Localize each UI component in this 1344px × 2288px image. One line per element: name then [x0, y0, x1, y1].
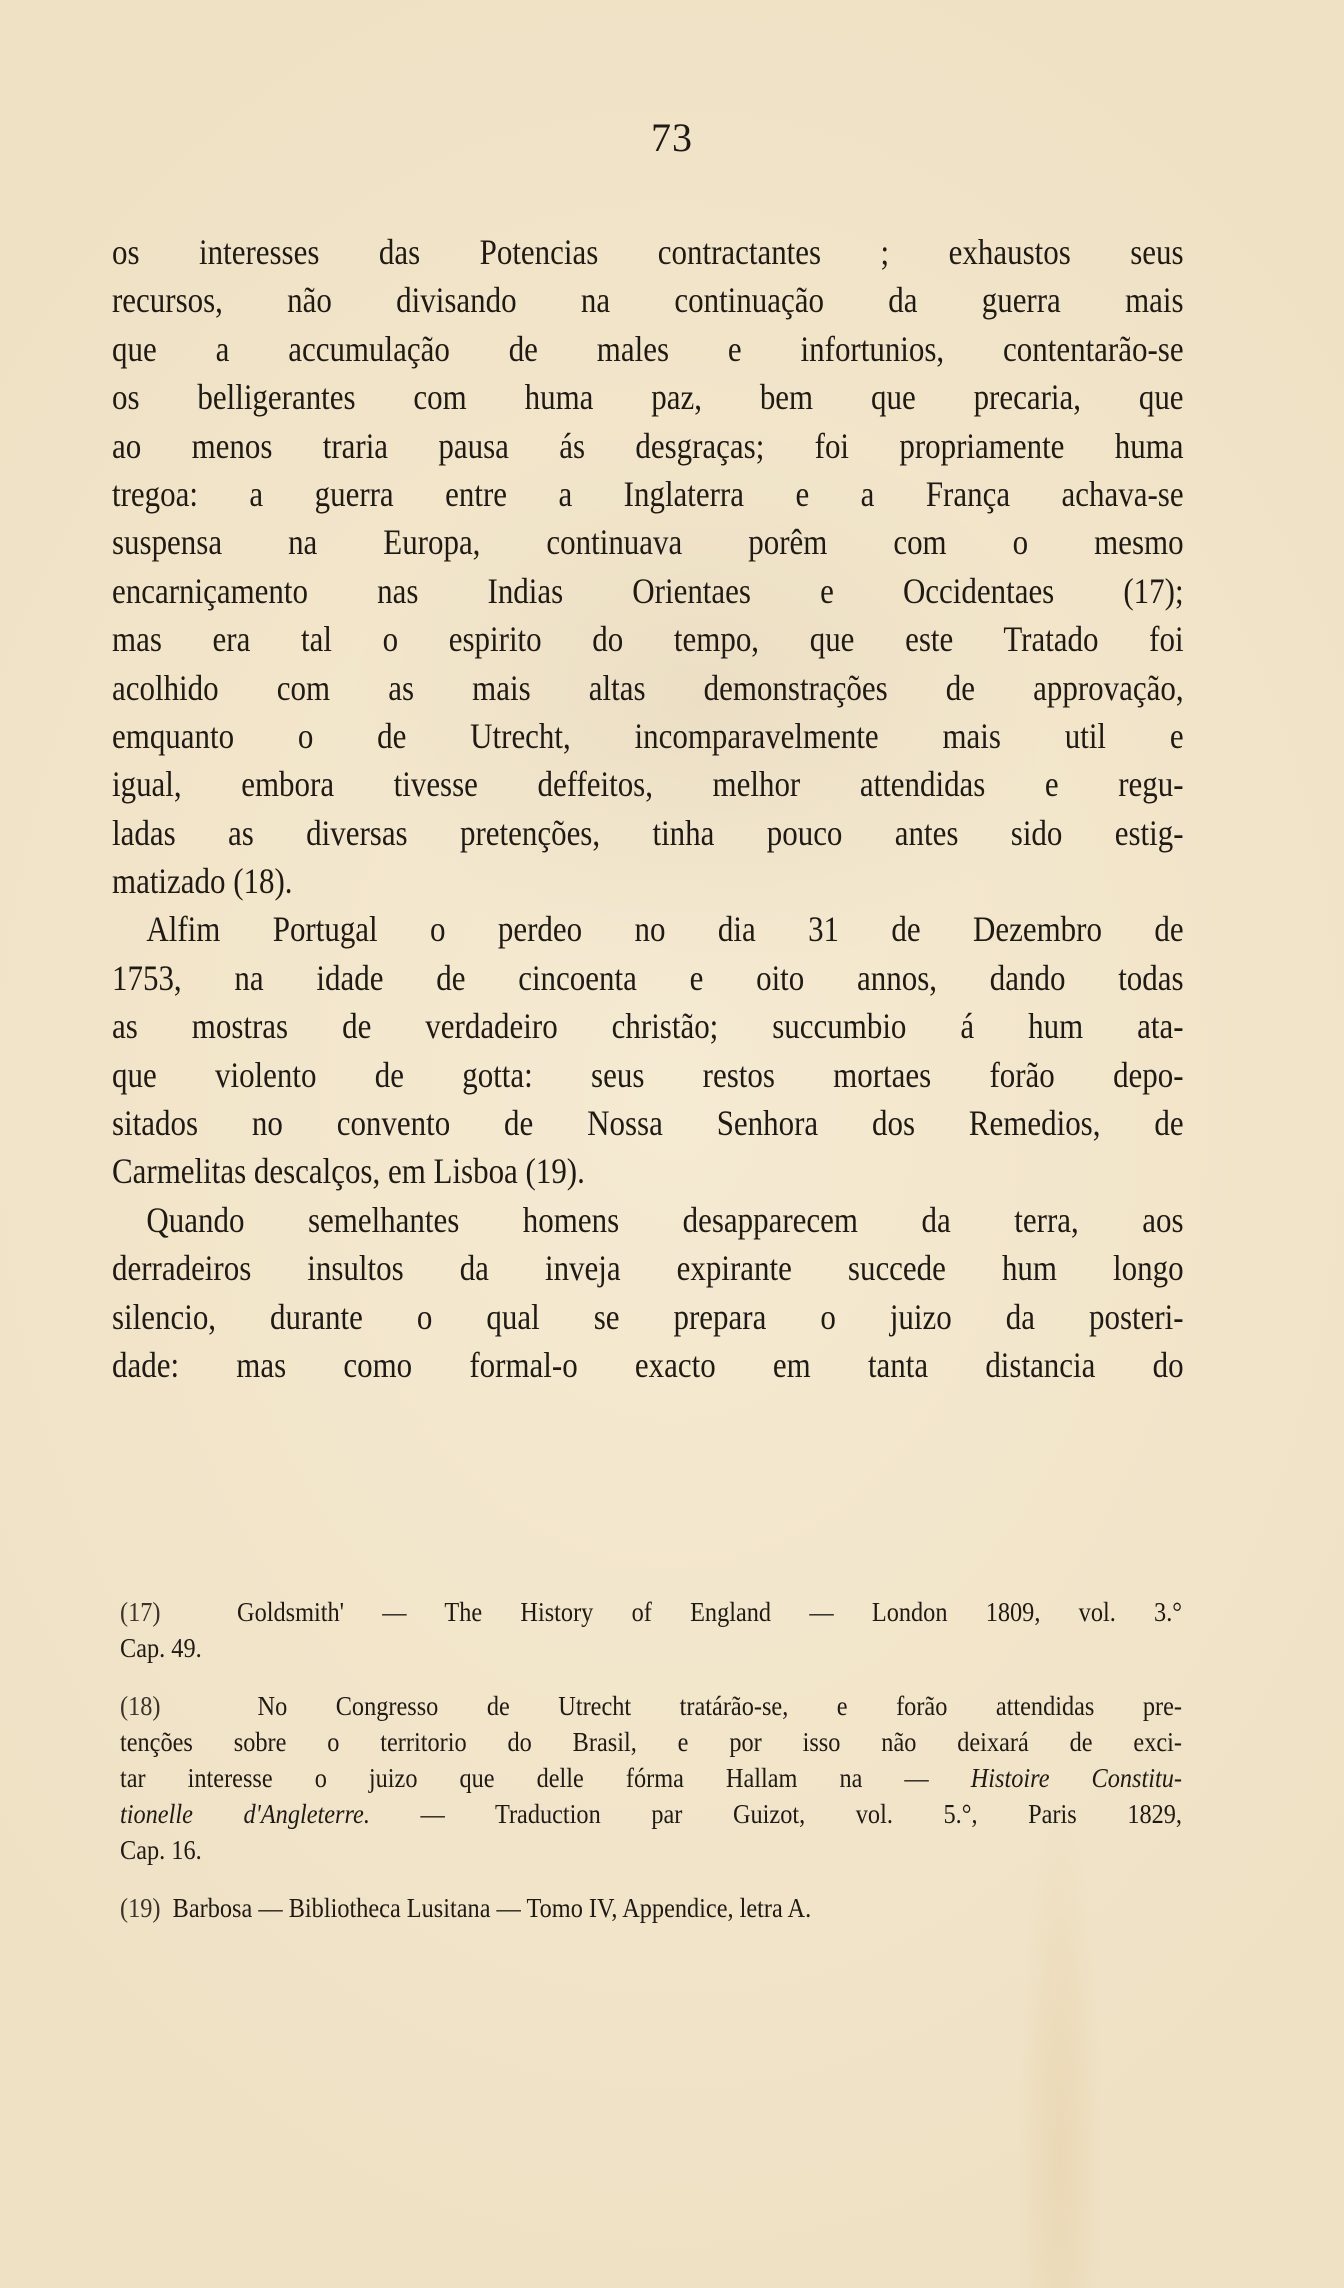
footnote-italic-title: Histoire Constitu- — [971, 1763, 1182, 1793]
footnote-text: No Congresso de Utrecht tratárão-se, e f… — [258, 1691, 1182, 1721]
footnote-italic-title: tionelle d'Angleterre. — [120, 1799, 370, 1829]
footnote-17: (17) Goldsmith' — The History of England… — [120, 1594, 1184, 1666]
footnote-line: tionelle d'Angleterre. — Traduction par … — [120, 1796, 1182, 1832]
footnote-number: (17) — [120, 1597, 160, 1627]
body-line: ao menos traria pausa ás desgraças; foi … — [112, 422, 1184, 470]
body-line: emquanto o de Utrecht, incomparavelmente… — [112, 712, 1184, 760]
footnote-text: Barbosa — Bibliotheca Lusitana — Tomo IV… — [173, 1893, 812, 1923]
footnote-text: Goldsmith' — The History of England — Lo… — [237, 1597, 1182, 1627]
body-text: os interesses das Potencias contractante… — [112, 228, 1184, 1389]
body-line: as mostras de verdadeiro christão; succu… — [112, 1002, 1184, 1050]
footnote-line: (19) Barbosa — Bibliotheca Lusitana — To… — [120, 1890, 1182, 1926]
body-line: os belligerantes com huma paz, bem que p… — [112, 373, 1184, 421]
footnote-line: tenções sobre o territorio do Brasil, e … — [120, 1724, 1182, 1760]
body-line: derradeiros insultos da inveja expirante… — [112, 1244, 1184, 1292]
body-line: tregoa: a guerra entre a Inglaterra e a … — [112, 470, 1184, 518]
footnote-text: — Traduction par Guizot, vol. 5.°, Paris… — [370, 1799, 1182, 1829]
footnote-line: tar interesse o juizo que delle fórma Ha… — [120, 1760, 1182, 1796]
body-line: acolhido com as mais altas demonstrações… — [112, 664, 1184, 712]
body-line: recursos, não divisando na continuação d… — [112, 276, 1184, 324]
footnote-number: (19) — [120, 1893, 160, 1923]
body-line: 1753, na idade de cincoenta e oito annos… — [112, 954, 1184, 1002]
page-number: 73 — [0, 114, 1344, 161]
body-line: os interesses das Potencias contractante… — [112, 228, 1184, 276]
footnote-line: Cap. 49. — [120, 1630, 1182, 1666]
footnotes: (17) Goldsmith' — The History of England… — [120, 1594, 1184, 1926]
body-line: silencio, durante o qual se prepara o ju… — [112, 1293, 1184, 1341]
body-line: mas era tal o espirito do tempo, que est… — [112, 615, 1184, 663]
body-line: ladas as diversas pretenções, tinha pouc… — [112, 809, 1184, 857]
body-line: sitados no convento de Nossa Senhora dos… — [112, 1099, 1184, 1147]
paragraph-start-line: Alfim Portugal o perdeo no dia 31 de Dez… — [112, 905, 1184, 953]
body-line: igual, embora tivesse deffeitos, melhor … — [112, 760, 1184, 808]
body-line: que a accumulação de males e infortunios… — [112, 325, 1184, 373]
body-line: matizado (18). — [112, 857, 1184, 905]
footnote-text: tar interesse o juizo que delle fórma Ha… — [120, 1763, 929, 1793]
footnote-19: (19) Barbosa — Bibliotheca Lusitana — To… — [120, 1890, 1184, 1926]
footnote-number: (18) — [120, 1691, 160, 1721]
footnote-line: (18) No Congresso de Utrecht tratárão-se… — [120, 1688, 1182, 1724]
footnote-18: (18) No Congresso de Utrecht tratárão-se… — [120, 1688, 1184, 1868]
body-line: que violento de gotta: seus restos morta… — [112, 1051, 1184, 1099]
body-line: dade: mas como formal-o exacto em tanta … — [112, 1341, 1184, 1389]
footnote-line: (17) Goldsmith' — The History of England… — [120, 1594, 1182, 1630]
body-line: encarniçamento nas Indias Orientaes e Oc… — [112, 567, 1184, 615]
paragraph-start-line: Quando semelhantes homens desapparecem d… — [112, 1196, 1184, 1244]
footnote-line: Cap. 16. — [120, 1832, 1182, 1868]
body-line: suspensa na Europa, continuava porêm com… — [112, 518, 1184, 566]
body-line: Carmelitas descalços, em Lisboa (19). — [112, 1147, 1184, 1195]
